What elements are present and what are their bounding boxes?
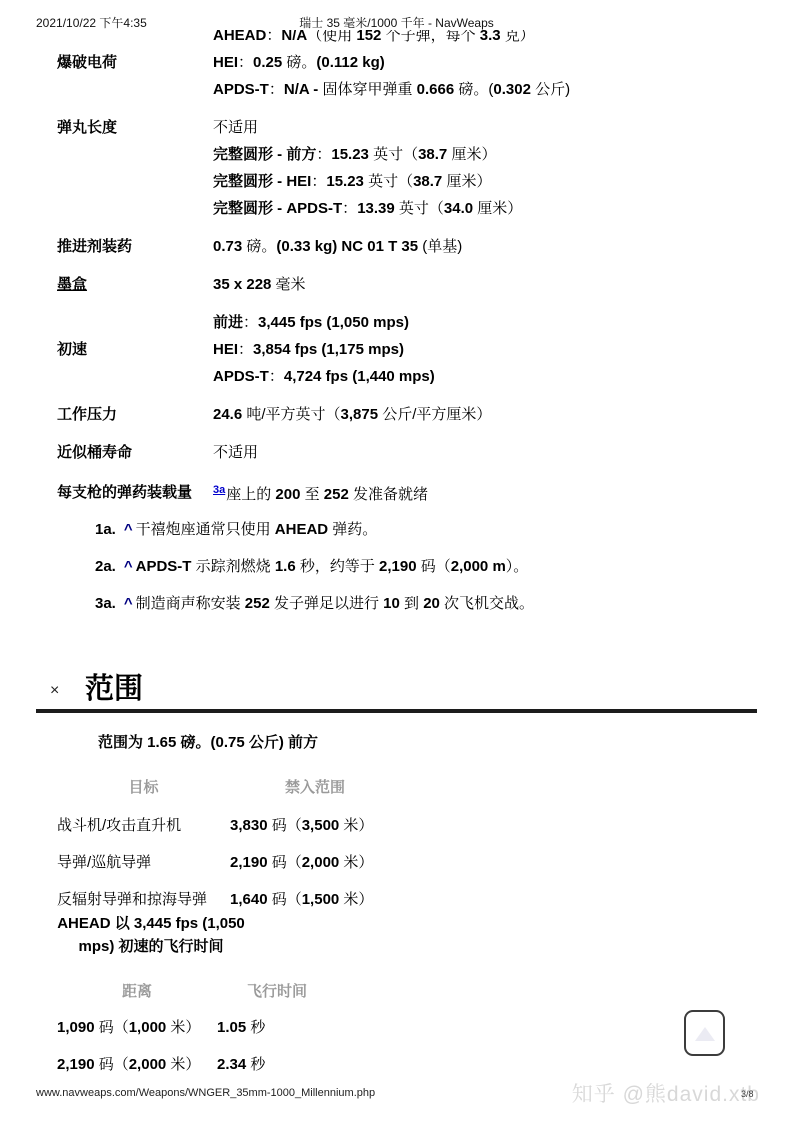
spec-row-propellant-charge: 推进剂装药 0.73 磅。(0.33 kg) NC 01 T 35 (单基) (57, 233, 737, 260)
flight-col-header-time: 飞行时间 (217, 980, 337, 1001)
spec-value-velocity-hei: HEI：3,854 fps (1,175 mps) (213, 336, 737, 363)
spec-label-working-pressure: 工作压力 (57, 405, 213, 425)
footnotes-list: 1a.^干禧炮座通常只使用 AHEAD 弹药。 2a.^APDS-T 示踪剂燃烧… (95, 516, 735, 627)
flight-row-time: 1.05 秒 (217, 1016, 337, 1037)
spec-value-na: 不适用 (213, 114, 737, 141)
footnote-2a: 2a.^APDS-T 示踪剂燃烧 1.6 秒，约等于 2,190 码（2,000… (95, 553, 735, 580)
flight-time-title: AHEAD 以 3,445 fps (1,050 mps) 初速的飞行时间 (52, 912, 250, 958)
footnote-text: APDS-T 示踪剂燃烧 1.6 秒，约等于 2,190 码（2,000 m）。 (136, 558, 529, 575)
broken-image-marker: × (50, 682, 59, 700)
spec-value-ahead: AHEAD：N/A（使用 152 个子弹，每个 3.3 克） (213, 22, 737, 49)
spec-label-cartridge-link[interactable]: 墨盒 (57, 275, 213, 295)
range-row-value: 3,830 码（3,500 米） (230, 814, 400, 835)
document-page: 2021/10/22 下午4:35 瑞士 35 毫米/1000 千年 - Nav… (0, 0, 793, 1123)
range-col-header-target: 目标 (57, 776, 230, 797)
flight-time-table: 距离 飞行时间 1,090 码（1,000 米） 1.05 秒 2,190 码（… (57, 972, 337, 1082)
spec-row-barrel-life: 近似桶寿命 不适用 (57, 439, 737, 466)
footnote-1a: 1a.^干禧炮座通常只使用 AHEAD 弹药。 (95, 516, 735, 543)
spec-row-bursting-charge: 爆破电荷 AHEAD：N/A（使用 152 个子弹，每个 3.3 克） HEI：… (57, 22, 737, 103)
back-to-ref-caret-link[interactable]: ^ (124, 595, 133, 612)
scroll-to-top-button[interactable] (684, 1010, 725, 1056)
spec-row-projectile-length: 弹丸长度 不适用 完整圆形 - 前方：15.23 英寸（38.7 厘米） 完整圆… (57, 114, 737, 222)
spec-row-working-pressure: 工作压力 24.6 吨/平方英寸（3,875 公斤/平方厘米） (57, 401, 737, 428)
footnote-number: 2a. (95, 558, 116, 575)
flight-row-distance: 1,090 码（1,000 米） (57, 1016, 217, 1037)
spec-row-muzzle-velocity: 初速 前进：3,445 fps (1,050 mps) HEI：3,854 fp… (57, 309, 737, 390)
footnote-3a: 3a.^制造商声称安装 252 发子弹足以进行 10 到 20 次飞机交战。 (95, 590, 735, 617)
spec-label-barrel-life: 近似桶寿命 (57, 443, 213, 463)
watermark: 知乎 @熊david.xtb (572, 1078, 760, 1108)
section-divider (36, 709, 757, 713)
footnote-text: 干禧炮座通常只使用 AHEAD 弹药。 (136, 521, 378, 538)
spec-label-ammo-stowage: 每支枪的弹药装载量 (57, 483, 213, 503)
footer-source-url: www.navweaps.com/Weapons/WNGER_35mm-1000… (36, 1087, 375, 1099)
spec-value-ammo-stowage: 座上的 200 至 252 发准备就绪 (226, 486, 428, 503)
spec-row-cartridge: 墨盒 35 x 228 毫米 (57, 271, 737, 298)
section-title-range: 范围 (85, 666, 143, 707)
spec-value-round-hei: 完整圆形 - HEI：15.23 英寸（38.7 厘米） (213, 168, 737, 195)
footnote-number: 1a. (95, 521, 116, 538)
spec-row-ammo-stowage: 每支枪的弹药装载量 3a座上的 200 至 252 发准备就绪 (57, 477, 737, 508)
flight-row-time: 2.34 秒 (217, 1053, 337, 1074)
spec-value-barrel-life: 不适用 (213, 439, 737, 466)
spec-value-apds-t: APDS-T：N/A - 固体穿甲弹重 0.666 磅。(0.302 公斤) (213, 76, 737, 103)
range-row-value: 2,190 码（2,000 米） (230, 851, 400, 872)
page-number: 3/8 (741, 1089, 754, 1099)
spec-value-velocity-forward: 前进：3,445 fps (1,050 mps) (213, 309, 737, 336)
footnote-number: 3a. (95, 595, 116, 612)
spec-value-round-apds-t: 完整圆形 - APDS-T：13.39 英寸（34.0 厘米） (213, 195, 737, 222)
range-row-target: 反辐射导弹和掠海导弹 (57, 888, 230, 909)
back-to-ref-caret-link[interactable]: ^ (124, 558, 133, 575)
spec-label-muzzle-velocity: 初速 (57, 340, 213, 360)
range-table: 目标 禁入范围 战斗机/攻击直升机 3,830 码（3,500 米） 导弹/巡航… (57, 766, 400, 917)
spec-label-projectile-length: 弹丸长度 (57, 114, 213, 138)
range-col-header-keepout: 禁入范围 (230, 776, 400, 797)
spec-value-velocity-apds-t: APDS-T：4,724 fps (1,440 mps) (213, 363, 737, 390)
spec-label-bursting-charge: 爆破电荷 (57, 53, 213, 73)
spec-value-working-pressure: 24.6 吨/平方英寸（3,875 公斤/平方厘米） (213, 401, 737, 428)
spec-value-cartridge: 35 x 228 毫米 (213, 271, 737, 298)
range-row-value: 1,640 码（1,500 米） (230, 888, 400, 909)
range-row-target: 导弹/巡航导弹 (57, 851, 230, 872)
up-triangle-icon (695, 1027, 715, 1041)
footnote-text: 制造商声称安装 252 发子弹足以进行 10 到 20 次飞机交战。 (136, 595, 534, 612)
flight-col-header-distance: 距离 (57, 980, 217, 1001)
spec-table: 爆破电荷 AHEAD：N/A（使用 152 个子弹，每个 3.3 克） HEI：… (57, 22, 737, 519)
range-intro-text: 范围为 1.65 磅。(0.75 公斤) 前方 (98, 729, 318, 756)
back-to-ref-caret-link[interactable]: ^ (124, 521, 133, 538)
footnote-ref-3a-link[interactable]: 3a (213, 484, 225, 496)
spec-value-hei: HEI：0.25 磅。(0.112 kg) (213, 49, 737, 76)
spec-value-propellant: 0.73 磅。(0.33 kg) NC 01 T 35 (单基) (213, 233, 737, 260)
range-row-target: 战斗机/攻击直升机 (57, 814, 230, 835)
flight-row-distance: 2,190 码（2,000 米） (57, 1053, 217, 1074)
spec-value-round-forward: 完整圆形 - 前方：15.23 英寸（38.7 厘米） (213, 141, 737, 168)
spec-label-propellant-charge: 推进剂装药 (57, 237, 213, 257)
